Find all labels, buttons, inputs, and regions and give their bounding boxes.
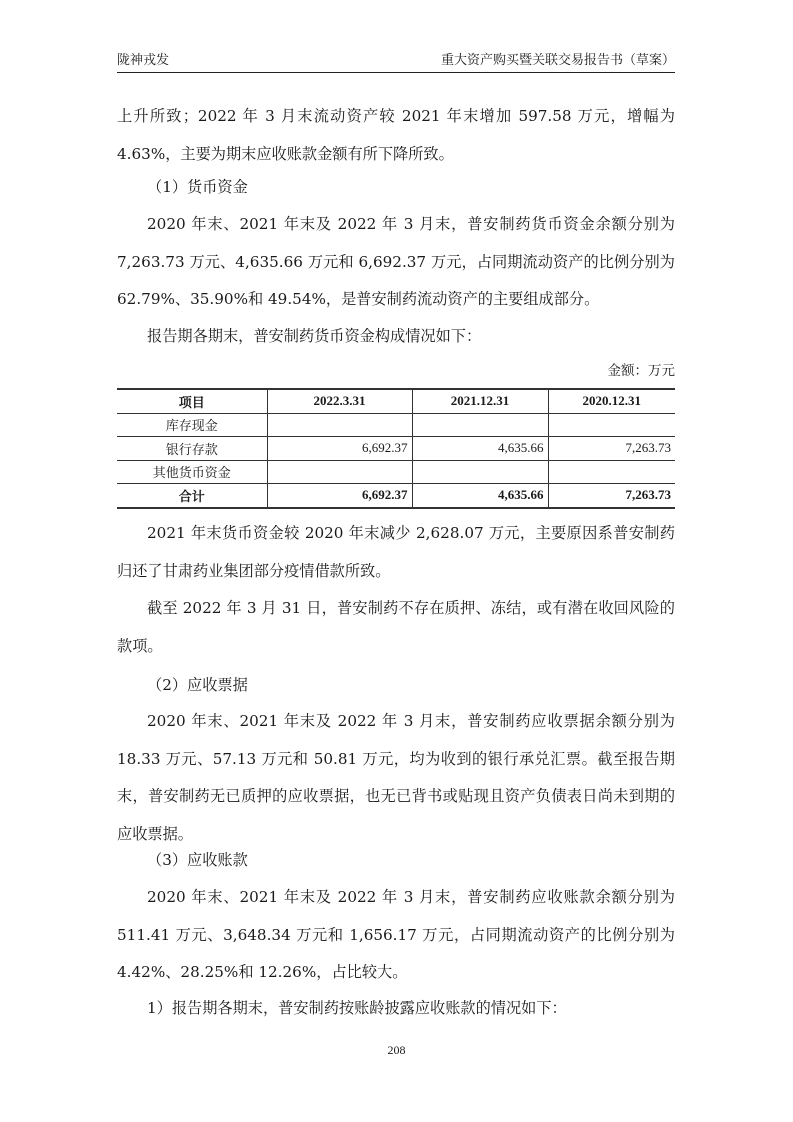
col-header-2022-3-31: 2022.3.31 [267,389,412,413]
table-header-row: 项目 2022.3.31 2021.12.31 2020.12.31 [117,389,675,413]
cell-value [267,413,412,437]
row-label: 合计 [117,484,267,508]
table-row: 库存现金 [117,413,675,437]
cell-value: 6,692.37 [267,437,412,461]
cell-value: 4,635.66 [412,484,548,508]
section-heading-accounts-receivable: （3）应收账款 [147,850,248,870]
row-label: 库存现金 [117,413,267,437]
cell-value: 7,263.73 [548,484,675,508]
cell-value: 6,692.37 [267,484,412,508]
paragraph-cash-composition-intro: 报告期各期末，普安制药货币资金构成情况如下： [117,318,675,356]
row-label: 其他货币资金 [117,460,267,484]
paragraph-cash-restrictions: 截至 2022 年 3 月 31 日，普安制药不存在质押、冻结，或有潜在收回风险… [117,590,675,665]
cash-composition-table: 项目 2022.3.31 2021.12.31 2020.12.31 库存现金 … [117,388,675,509]
cell-value [412,460,548,484]
document-title: 重大资产购买暨关联交易报告书（草案） [441,52,675,70]
col-header-2020-12-31: 2020.12.31 [548,389,675,413]
row-label: 银行存款 [117,437,267,461]
section-heading-notes-receivable: （2）应收票据 [147,675,248,695]
page-number: 208 [0,1043,793,1058]
paragraph-aging-intro: 1）报告期各期末，普安制药按账龄披露应收账款的情况如下： [117,990,675,1028]
paragraph-current-assets-change: 上升所致；2022 年 3 月末流动资产较 2021 年末增加 597.58 万… [117,98,675,173]
paragraph-notes-receivable: 2020 年末、2021 年末及 2022 年 3 月末，普安制药应收票据余额分… [117,703,675,853]
col-header-item: 项目 [117,389,267,413]
cell-value [412,413,548,437]
col-header-2021-12-31: 2021.12.31 [412,389,548,413]
cell-value [267,460,412,484]
paragraph-cash-balance: 2020 年末、2021 年末及 2022 年 3 月末，普安制药货币资金余额分… [117,206,675,319]
table-total-row: 合计 6,692.37 4,635.66 7,263.73 [117,484,675,508]
cell-value [548,460,675,484]
cell-value [548,413,675,437]
table-unit-label: 金额：万元 [608,362,676,380]
table-row: 银行存款 6,692.37 4,635.66 7,263.73 [117,437,675,461]
cell-value: 7,263.73 [548,437,675,461]
company-name: 陇神戎发 [117,52,169,70]
table-row: 其他货币资金 [117,460,675,484]
page-header: 陇神戎发 重大资产购买暨关联交易报告书（草案） [117,52,675,73]
cell-value: 4,635.66 [412,437,548,461]
section-heading-cash: （1）货币资金 [147,177,248,197]
paragraph-cash-decrease: 2021 年末货币资金较 2020 年末减少 2,628.07 万元，主要原因系… [117,515,675,590]
paragraph-accounts-receivable: 2020 年末、2021 年末及 2022 年 3 月末，普安制药应收账款余额分… [117,879,675,992]
